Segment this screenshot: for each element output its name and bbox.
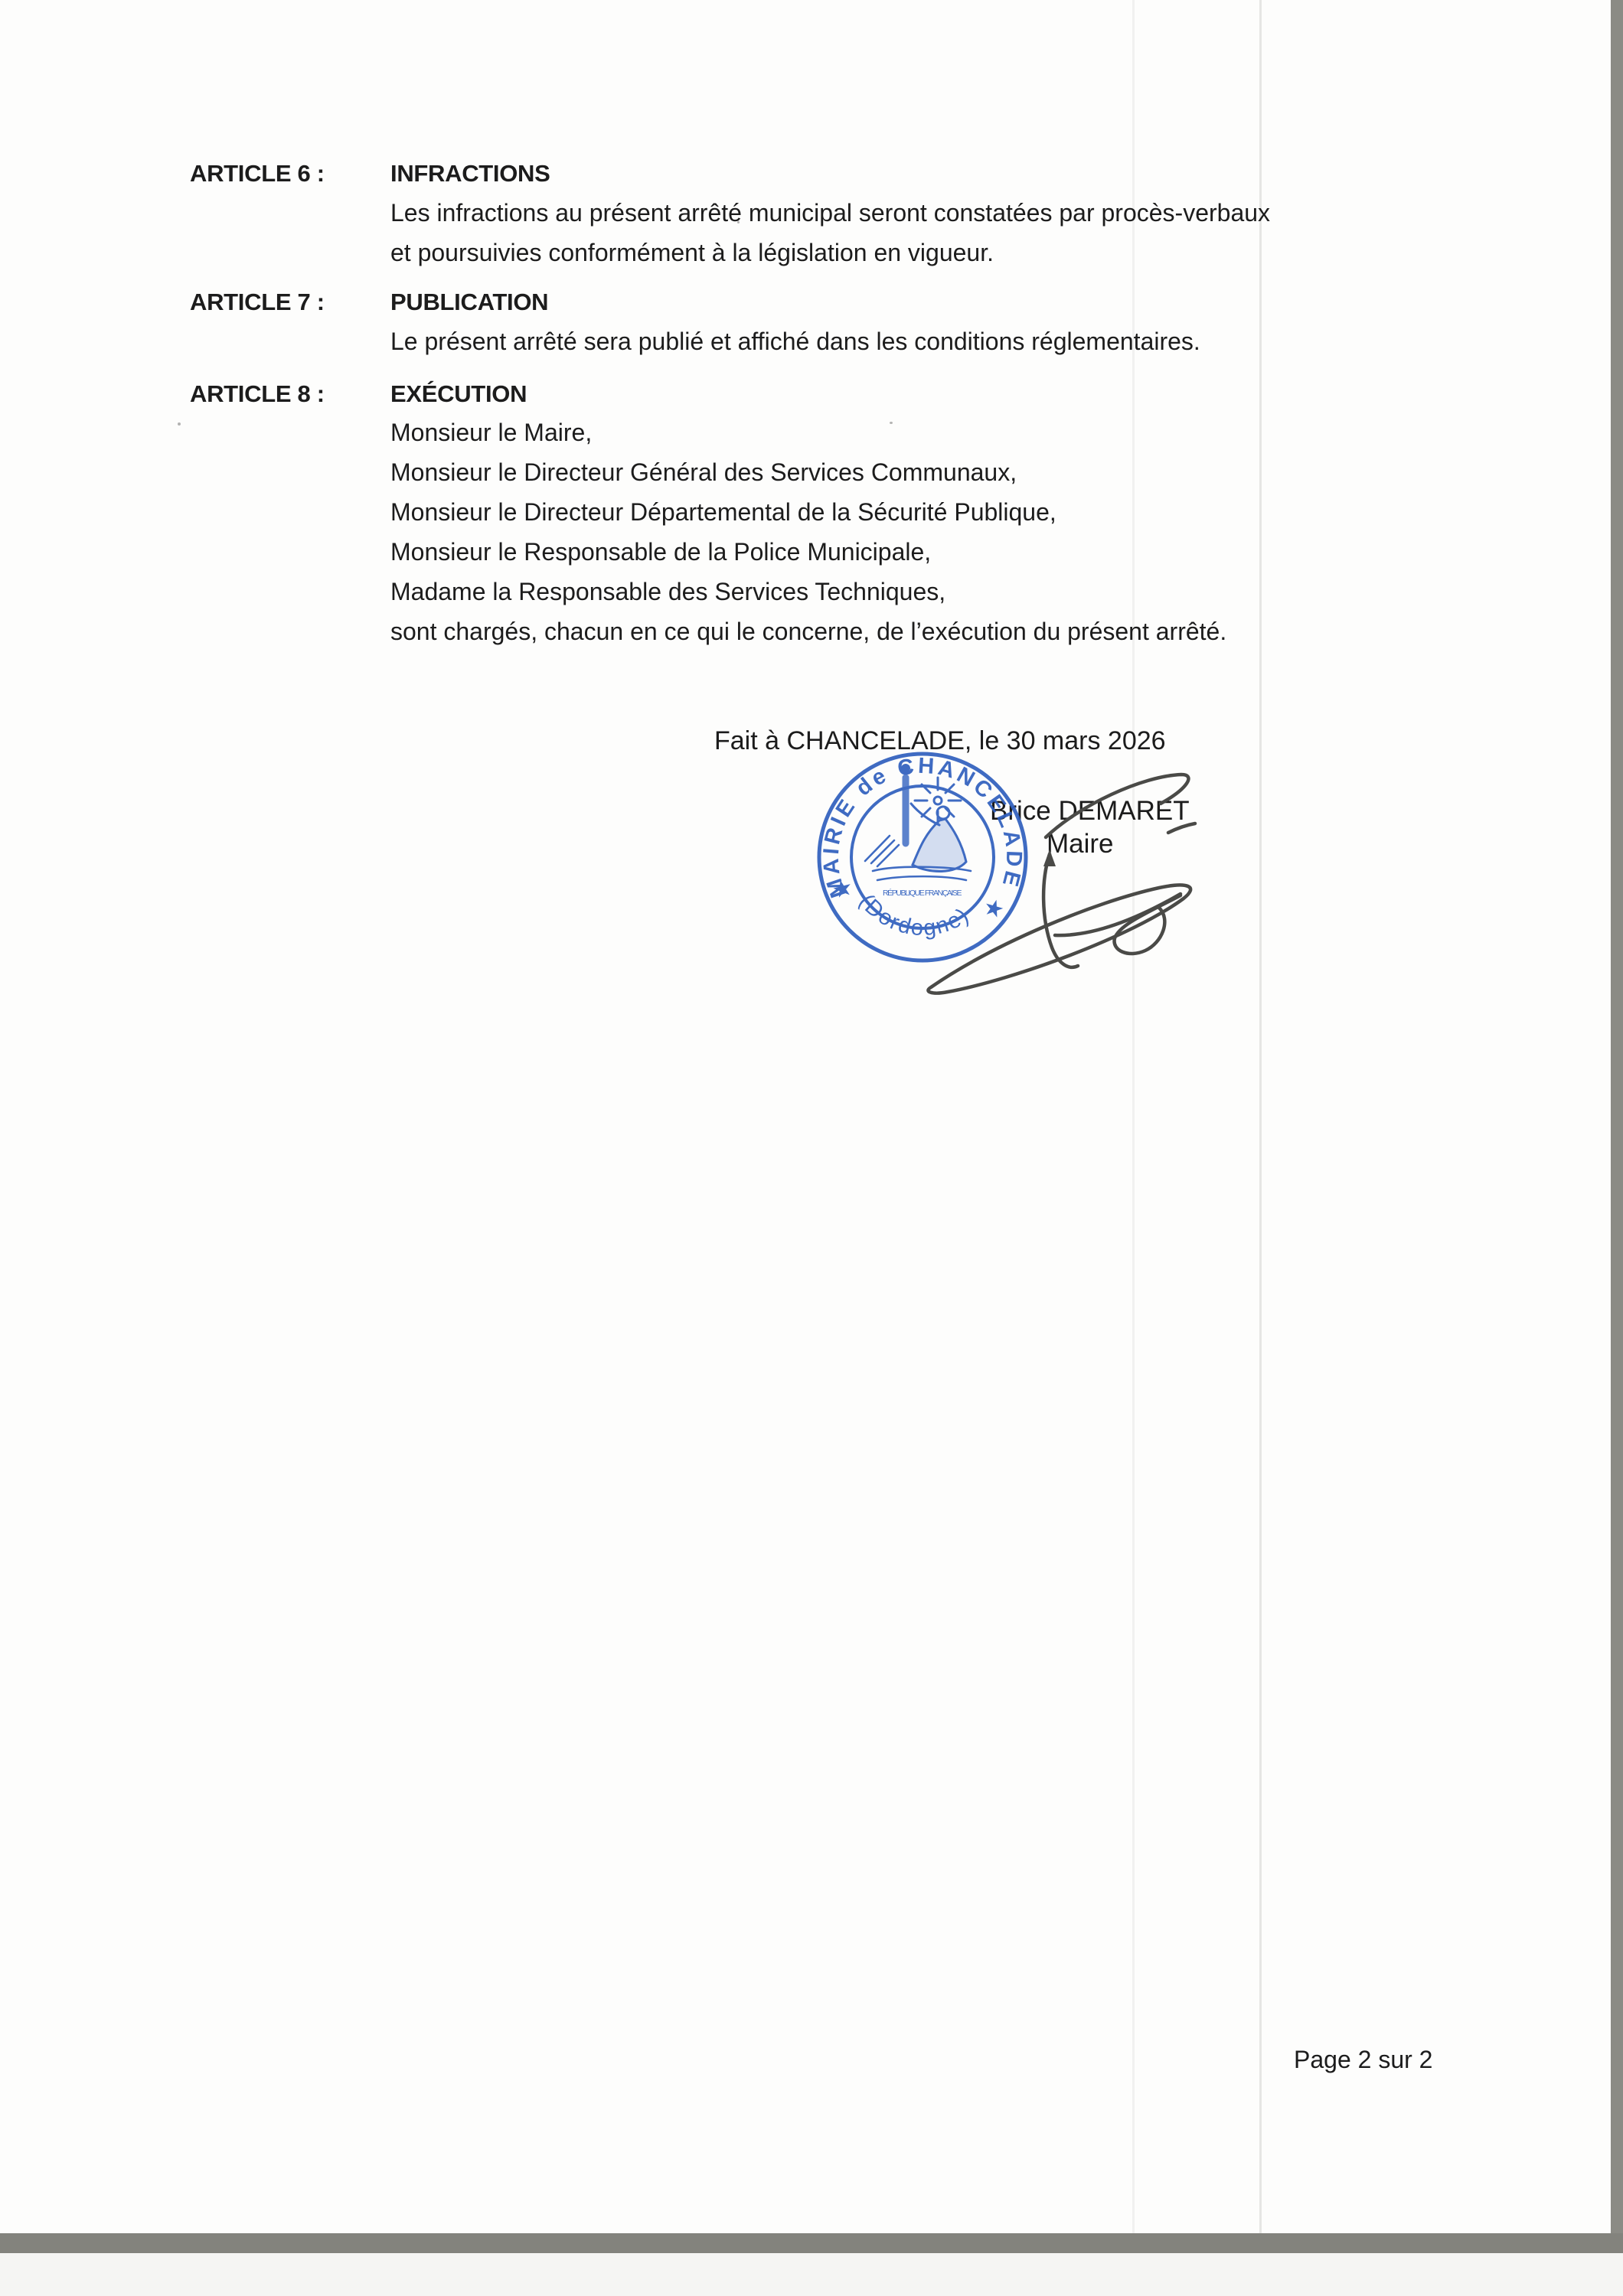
article-8-label: ARTICLE 8 : (190, 382, 325, 406)
article-8-body-line: Monsieur le Directeur Départemental de l… (390, 500, 1056, 524)
stamp-center-text: RÉPUBLIQUE FRANÇAISE (883, 888, 962, 898)
scan-speck (890, 422, 893, 424)
scan-fold-line (1259, 0, 1262, 2233)
municipal-stamp: MAIRIE de CHANCELADE (Dordogne) ★ ★ (818, 754, 1026, 960)
signature-stroke (1115, 895, 1181, 954)
article-6-body-line: Les infractions au présent arrêté munici… (390, 201, 1270, 225)
scan-edge-right (1611, 0, 1623, 2247)
stamp-and-signature: MAIRIE de CHANCELADE (Dordogne) ★ ★ (781, 719, 1225, 1003)
article-6-body-line: et poursuivies conformément à la législa… (390, 240, 994, 265)
scan-edge-bottom (0, 2233, 1623, 2253)
signature-stroke (928, 885, 1190, 993)
article-7-label: ARTICLE 7 : (190, 290, 325, 314)
article-8-body-line: Madame la Responsable des Services Techn… (390, 579, 945, 604)
handwritten-signature (928, 775, 1195, 993)
scan-speck (178, 422, 181, 426)
signature-stroke (1046, 775, 1188, 837)
article-8-body-line: Monsieur le Maire, (390, 420, 592, 445)
scanned-document-page: ARTICLE 6 : INFRACTIONS Les infractions … (0, 0, 1623, 2296)
article-7-body-line: Le présent arrêté sera publié et affiché… (390, 329, 1200, 354)
scan-background (0, 2253, 1623, 2296)
article-8-body-line: Monsieur le Responsable de la Police Mun… (390, 540, 931, 564)
signature-stroke (1043, 854, 1078, 967)
signature-stroke (1043, 850, 1056, 866)
article-7-title: PUBLICATION (390, 290, 548, 314)
article-6-title: INFRACTIONS (390, 161, 550, 185)
page-number: Page 2 sur 2 (1294, 2047, 1432, 2072)
article-6-label: ARTICLE 6 : (190, 161, 325, 185)
article-8-body-line: sont chargés, chacun en ce qui le concer… (390, 619, 1226, 644)
stamp-star-left: ★ (829, 874, 855, 904)
signature-stroke (1168, 823, 1195, 833)
article-8-body-line: Monsieur le Directeur Général des Servic… (390, 460, 1017, 484)
article-8-title: EXÉCUTION (390, 382, 527, 406)
